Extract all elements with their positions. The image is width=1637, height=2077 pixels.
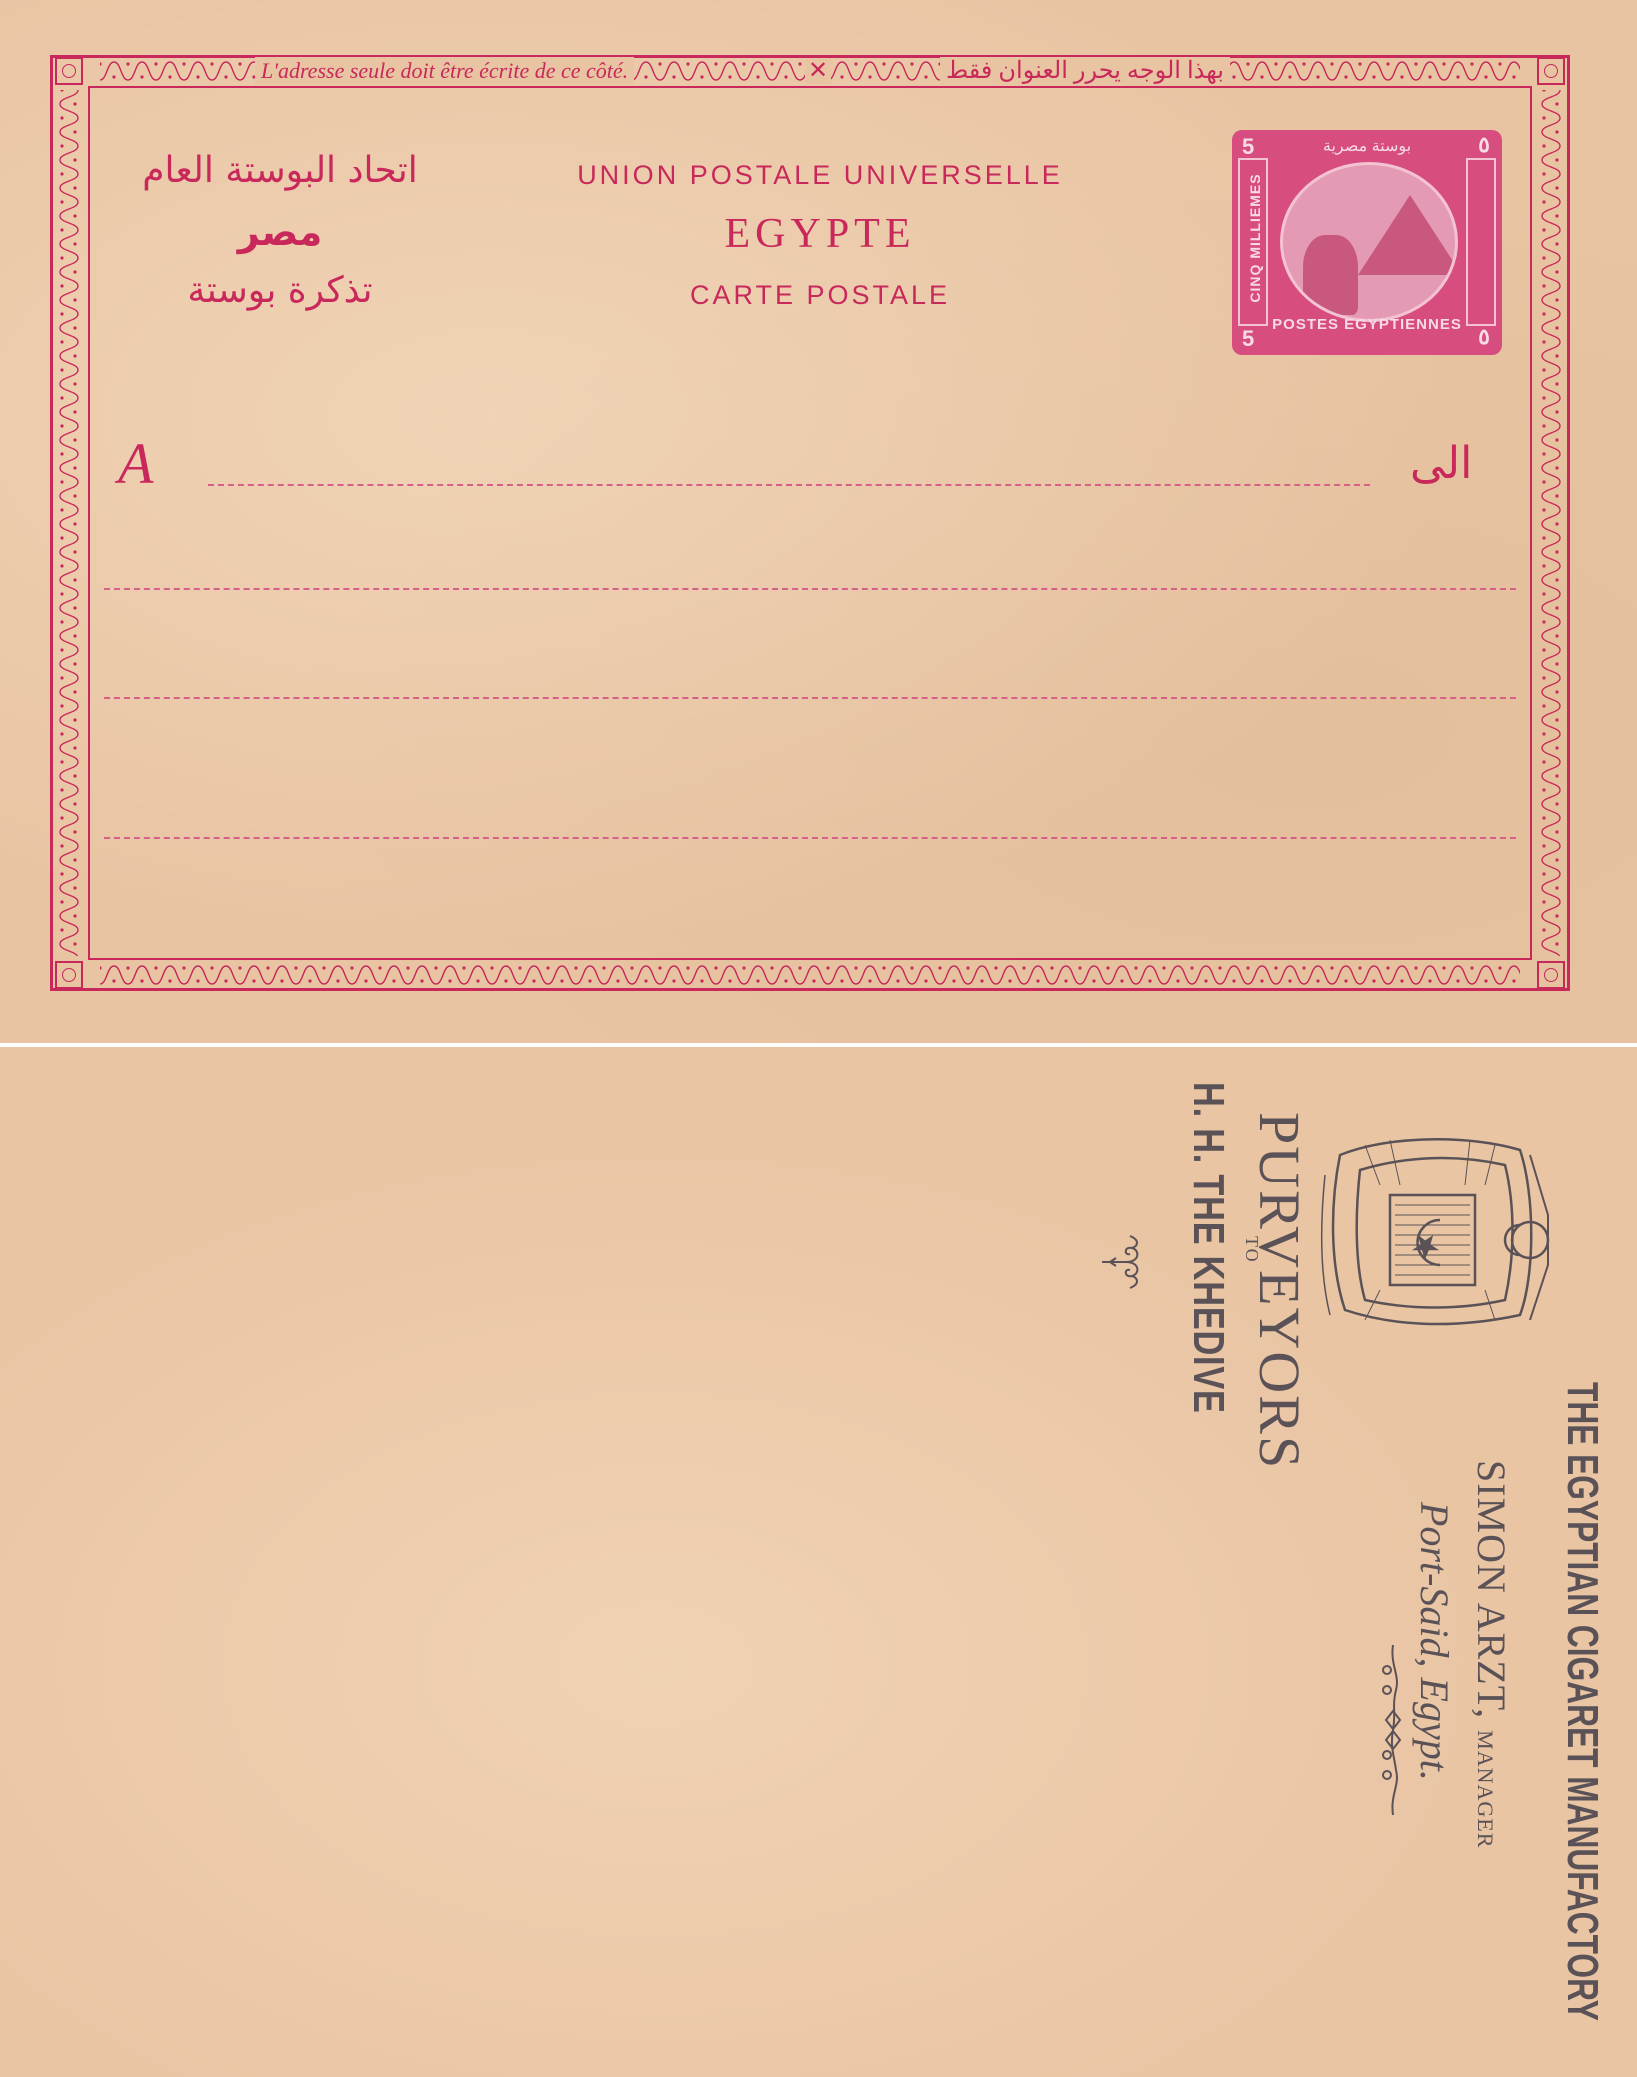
arabic-heading-union: اتحاد البوستة العام [135, 150, 425, 191]
stamp-right-panel [1466, 158, 1496, 326]
pyramid-icon [1358, 195, 1458, 275]
address-prefix-ar: الى [1410, 438, 1472, 489]
postage-stamp: 5 5 ٥ ٥ بوستة مصرية CINQ MILLIEMES POSTE… [1232, 130, 1502, 355]
address-only-notice-ar: بهذا الوجه يحرر العنوان فقط [940, 57, 1230, 85]
stamp-postes-text: POSTES EGYPTIENNES [1272, 316, 1462, 333]
ornamental-band-left [56, 90, 82, 956]
carte-postale-title: CARTE POSTALE [480, 280, 1160, 311]
stamp-value-bottom-right: ٥ [1478, 324, 1490, 350]
ornamental-band-right [1538, 90, 1564, 956]
address-only-notice-fr: L'adresse seule doit être écrite de ce c… [255, 57, 634, 85]
stamp-value-bottom-left: 5 [1242, 326, 1254, 352]
stamp-left-panel: CINQ MILLIEMES [1238, 158, 1268, 326]
ornamental-band-bottom [100, 962, 1520, 988]
stamp-vignette [1280, 162, 1458, 322]
divider-flourish-icon [1378, 1645, 1408, 1815]
flourish-ornament-icon [1100, 1232, 1144, 1292]
corner-ornament-tl [55, 57, 83, 85]
corner-ornament-br [1537, 961, 1565, 989]
cross-ornament-icon: ✕ [805, 58, 831, 84]
corner-ornament-tr [1537, 57, 1565, 85]
arabic-heading-postcard: تذكرة بوستة [135, 270, 425, 311]
khedive-coat-of-arms-icon [1320, 1125, 1550, 1340]
address-line-3[interactable] [104, 697, 1516, 699]
address-line-4[interactable] [104, 837, 1516, 839]
manager-name: SIMON ARZT, [1469, 1460, 1514, 1719]
country-title: EGYPTE [480, 210, 1160, 258]
address-line-1[interactable] [208, 484, 1370, 486]
stamp-arabic-text: بوستة مصرية [1292, 136, 1442, 156]
company-name-text: THE EGYPTIAN CIGARET MANUFACTORY [1557, 1382, 1607, 2021]
postcard-front: L'adresse seule doit être écrite de ce c… [0, 0, 1637, 1043]
stamp-value-top-right: ٥ [1478, 132, 1490, 158]
address-line-2[interactable] [104, 588, 1516, 590]
location-text: Port-Said, Egypt. [1411, 1502, 1458, 1781]
arabic-heading-egypt: مصر [135, 210, 425, 254]
khedive-text: H. H. THE KHEDIVE [1183, 1082, 1233, 1414]
sphinx-icon [1303, 235, 1358, 315]
stamp-denomination-text: CINQ MILLIEMES [1247, 155, 1263, 321]
to-text: TO [1241, 1236, 1262, 1264]
address-prefix-fr: A [118, 430, 153, 497]
union-postale-title: UNION POSTALE UNIVERSELLE [480, 160, 1160, 191]
corner-ornament-bl [55, 961, 83, 989]
manager-text: SIMON ARZT, MANAGER [1468, 1460, 1515, 1848]
purveyors-text: PURVEYORS [1246, 1112, 1313, 1470]
manager-title: MANAGER [1473, 1730, 1498, 1848]
